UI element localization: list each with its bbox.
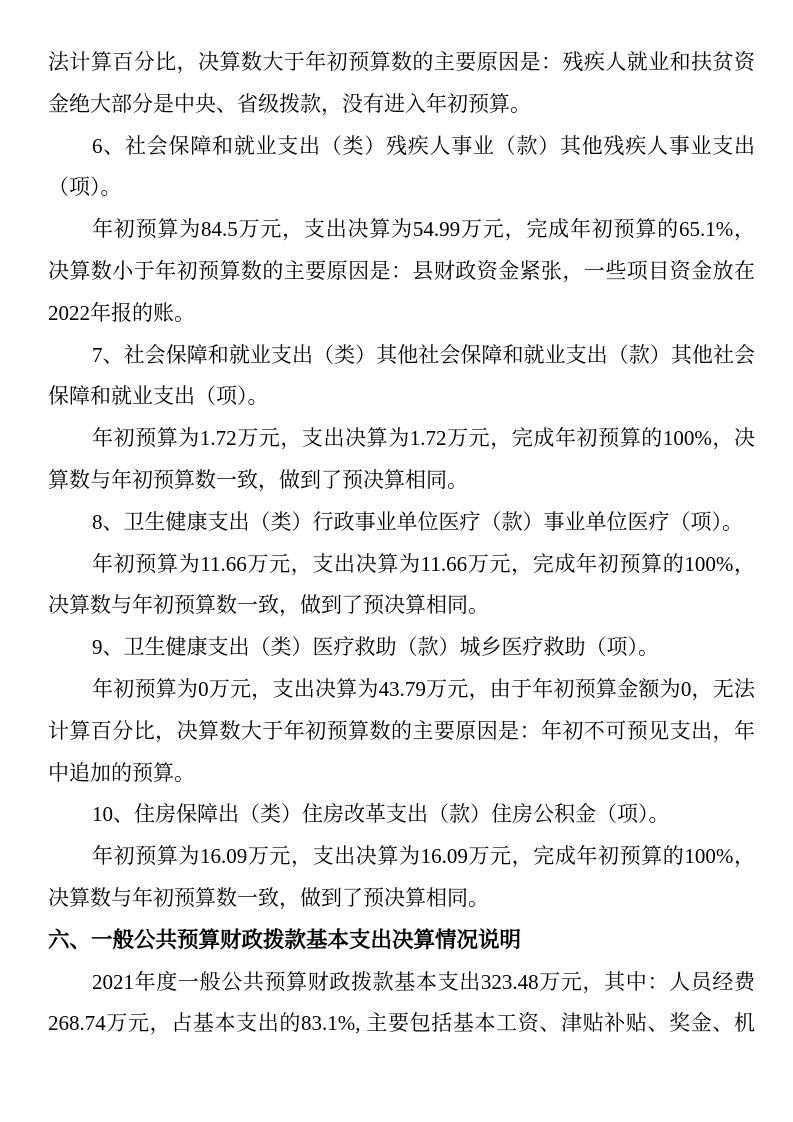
paragraph: 7、社会保障和就业支出（类）其他社会保障和就业支出（款）其他社会保障和就业支出（… [48,335,755,419]
section-heading: 六、一般公共预算财政拨款基本支出决算情况说明 [48,920,755,962]
paragraph: 6、社会保障和就业支出（类）残疾人事业（款）其他残疾人事业支出（项）。 [48,126,755,210]
paragraph: 8、卫生健康支出（类）行政事业单位医疗（款）事业单位医疗（项）。 [48,502,755,544]
paragraph: 年初预算为1.72万元，支出决算为1.72万元，完成年初预算的100%，决算数与… [48,418,755,502]
paragraph: 9、卫生健康支出（类）医疗救助（款）城乡医疗救助（项）。 [48,627,755,669]
paragraph: 2021年度一般公共预算财政拨款基本支出323.48万元，其中：人员经费268.… [48,962,755,1046]
paragraph: 年初预算为84.5万元，支出决算为54.99万元，完成年初预算的65.1%，决算… [48,209,755,334]
document-content: 法计算百分比，决算数大于年初预算数的主要原因是：残疾人就业和扶贫资金绝大部分是中… [48,42,755,1045]
document-page: 法计算百分比，决算数大于年初预算数的主要原因是：残疾人就业和扶贫资金绝大部分是中… [0,0,793,1122]
paragraph: 年初预算为16.09万元，支出决算为16.09万元，完成年初预算的100%，决算… [48,836,755,920]
paragraph: 法计算百分比，决算数大于年初预算数的主要原因是：残疾人就业和扶贫资金绝大部分是中… [48,42,755,126]
paragraph: 10、住房保障出（类）住房改革支出（款）住房公积金（项）。 [48,794,755,836]
paragraph: 年初预算为0万元，支出决算为43.79万元，由于年初预算金额为0，无法计算百分比… [48,669,755,794]
paragraph: 年初预算为11.66万元，支出决算为11.66万元，完成年初预算的100%，决算… [48,544,755,628]
